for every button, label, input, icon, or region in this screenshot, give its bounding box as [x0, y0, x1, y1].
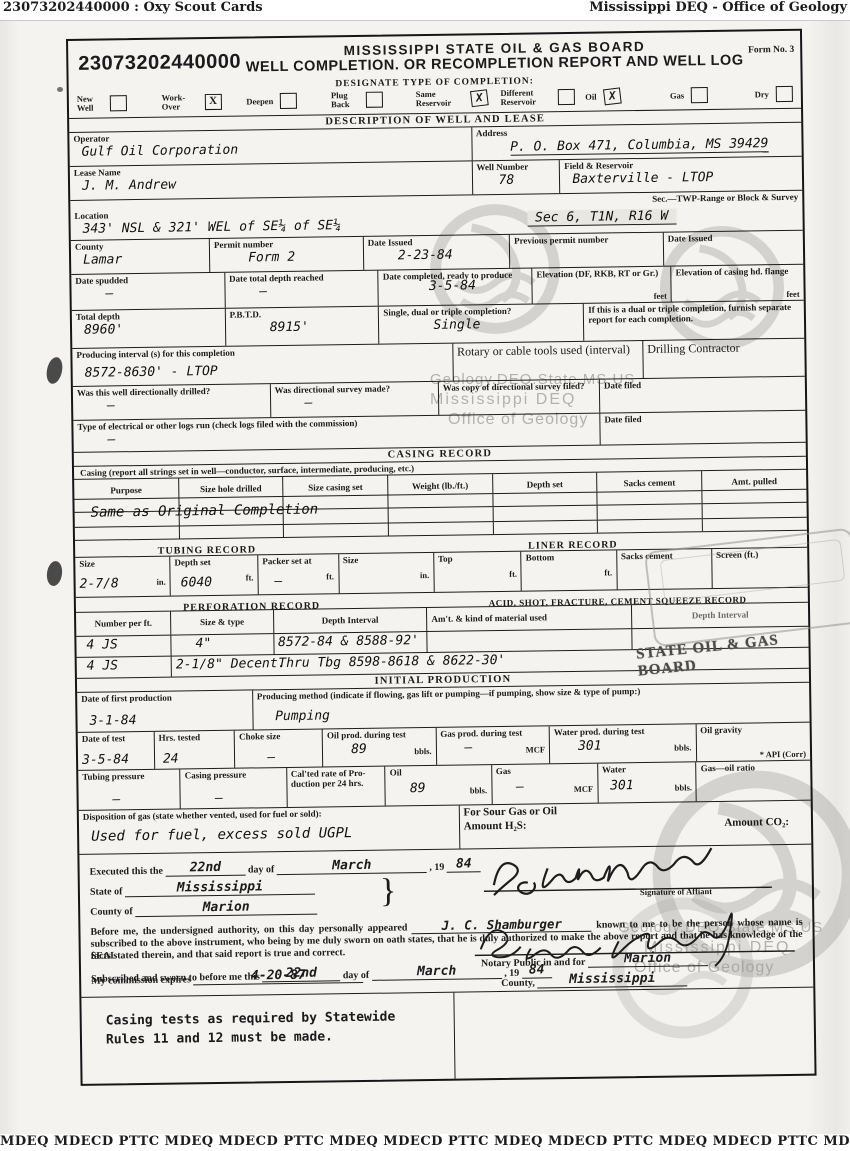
well-number-field: Well Number 78	[472, 160, 560, 194]
sec-twp-field: Sec.—TWP-Range or Block & Survey Sec 6, …	[495, 190, 803, 233]
scanned-page: Geology.DEQ.State.MS.US Mississippi DEQ …	[0, 20, 850, 1134]
rate-water-field: Water 301bbls.	[598, 762, 697, 802]
address-value: P. O. Box 471, Columbia, MS 39429	[510, 137, 768, 157]
gas-disposition-field: Disposition of gas (state whether vented…	[79, 805, 460, 853]
single-dual-field: Single, dual or triple completion? Singl…	[379, 303, 584, 343]
executed-year-value: 84	[447, 856, 481, 872]
directional-survey-filed-field: Was copy of directional survey filed?	[439, 379, 600, 414]
seal-label: SEAL	[91, 950, 117, 961]
completion-option-new-well: New Well	[77, 94, 158, 114]
total-depth-field: Total depth 8960'	[72, 308, 226, 347]
td-reached-value: –	[259, 283, 374, 300]
county-field: County Lamar	[71, 239, 211, 274]
viewer-footer: MDEQ MDECD PTTC MDEQ MDECD PTTC MDEQ MDE…	[0, 1134, 850, 1151]
bottom-note-line2: Rules 11 and 12 must be made.	[106, 1026, 455, 1050]
completion-option-dry: Dry	[755, 86, 793, 103]
viewer-header-right: Mississippi DEQ - Office of Geology	[589, 0, 847, 15]
date-issued-field: Date Issued 2-23-84	[364, 235, 511, 270]
previous-date-issued-field: Date Issued	[664, 230, 804, 265]
perforation-header-size: Size & type	[200, 616, 244, 627]
checkbox-same-reservoir: X	[470, 90, 489, 108]
scan-artifact	[45, 560, 63, 587]
casing-pressure-field: Casing pressure –	[181, 768, 288, 808]
date-completed-field: Date completed, ready to produce 3-5-84	[379, 268, 533, 305]
co2-label: Amount CO₂:	[724, 816, 789, 830]
producing-method-value: Pumping	[275, 702, 805, 724]
form-number: Form No. 3	[748, 45, 794, 56]
elevation-field: Elevation (DF, RKB, RT or Gr.) feet	[532, 266, 672, 303]
bottom-note-box: Casing tests as required by Statewide Ru…	[81, 992, 455, 1083]
commission-value: 4-20-87	[193, 967, 363, 985]
completion-option-oil: Oil X	[585, 88, 666, 105]
completion-option-gas: Gas	[670, 87, 751, 104]
sec-twp-value: Sec 6, T1N, R16 W	[527, 209, 676, 227]
pbtd-field: P.B.T.D. 8915'	[225, 306, 379, 345]
completion-option-plug-back: Plug Back	[331, 90, 412, 110]
gas-prod-test-field: Gas prod. during test –MCF	[436, 726, 550, 765]
pbtd-value: 8915'	[270, 319, 375, 335]
location-field: Location 343' NSL & 321' WEL of SE¼ of S…	[70, 195, 495, 240]
water-prod-test-field: Water prod. during test 301bbls.	[550, 724, 697, 763]
oil-prod-test-field: Oil prod. during test 89bbls.	[323, 728, 437, 767]
casing-header: Amt. pulled	[731, 476, 777, 487]
rate-gas-field: Gas –MCF	[492, 763, 599, 803]
casing-flange-elevation-field: Elevation of casing hd. flange feet	[671, 264, 803, 301]
completion-option-different-reservoir: Different Reservoir	[500, 88, 581, 108]
scan-artifact	[57, 87, 63, 92]
rotary-tools-field: Rotary or cable tools used (interval)	[453, 341, 644, 381]
liner-bottom-field: Bottom ft.	[522, 550, 618, 590]
logs-run-field: Type of electrical or other logs run (ch…	[73, 413, 600, 451]
checkbox-new-well	[110, 96, 127, 112]
directionally-drilled-value: –	[107, 397, 266, 414]
rate-oil-field: Oil 89bbls.	[386, 765, 493, 805]
date-filed-field: Date filed	[600, 376, 805, 412]
date-completed-value: 3-5-84	[429, 278, 528, 294]
casing-note-value: Same as Original Completion	[91, 501, 319, 520]
checkbox-gas	[691, 87, 708, 103]
casing-header: Sacks cement	[623, 477, 675, 488]
scan-artifact	[44, 356, 64, 386]
oil-gravity-field: Oil gravity * API (Corr)	[696, 722, 810, 761]
tubing-pressure-field: Tubing pressure –	[78, 769, 181, 809]
affidavit-block: Executed this the 22nd day of March , 19…	[79, 844, 813, 997]
brace-glyph: }	[380, 872, 397, 910]
casing-header: Size hole drilled	[200, 483, 262, 494]
hrs-tested-field: Hrs. tested 24	[155, 730, 236, 768]
total-depth-value: 8960'	[84, 321, 221, 338]
casing-header: Size casing set	[308, 482, 363, 493]
gas-disposition-value: Used for fuel, excess sold UGPL	[91, 824, 455, 845]
notary-state-value: Mississippi	[537, 970, 687, 988]
well-number-value: 78	[499, 172, 556, 188]
county-value: Lamar	[83, 251, 205, 268]
viewer-header: 23073202440000 : Oxy Scout Cards Mississ…	[0, 0, 850, 19]
tubing-depth-field: Depth set 6040 ft.	[170, 555, 258, 595]
county-of-value: Marion	[135, 898, 317, 917]
choke-size-field: Choke size –	[235, 729, 323, 767]
executed-day-value: 22nd	[165, 859, 245, 876]
field-reservoir-field: Field & Reservoir Baxterville - LTOP	[560, 156, 802, 192]
tubing-depth-value: 6040	[181, 575, 254, 591]
checkbox-plug-back	[366, 92, 383, 108]
executed-month-value: March	[277, 857, 427, 875]
liner-size-field: Size in.	[339, 553, 435, 593]
signature-of-affiant-label: Signature of Affiant	[640, 886, 712, 897]
bottom-empty-box	[455, 987, 815, 1078]
affiant-signature	[479, 841, 780, 901]
logs-date-filed-field: Date filed	[600, 410, 805, 444]
casing-header: Depth set	[527, 479, 563, 490]
directional-survey-made-field: Was directional survey made? –	[270, 382, 439, 417]
completion-option-same-reservoir: Same Reservoir X	[416, 89, 497, 109]
perforation-header-depth: Depth Interval	[322, 614, 379, 625]
field-reservoir-value: Baxterville - LTOP	[572, 169, 798, 187]
first-production-field: Date of first production 3-1-84	[77, 690, 253, 731]
state-value: Mississippi	[125, 878, 315, 897]
address-field: Address P. O. Box 471, Columbia, MS 3942…	[472, 122, 802, 160]
date-spudded-field: Date spudded –	[71, 272, 225, 309]
date-issued-value: 2-23-84	[398, 247, 506, 263]
producing-interval-field: Producing interval (s) for this completi…	[72, 343, 453, 385]
directional-survey-made-value: –	[305, 394, 435, 411]
completion-option-deepen: Deepen	[246, 93, 327, 110]
checkbox-different-reservoir	[557, 89, 574, 105]
permit-number-field: Permit number Form 2	[210, 237, 364, 272]
acid-amt-label: Am't. & kind of material used	[431, 612, 547, 624]
first-production-value: 3-1-84	[89, 712, 248, 729]
casing-header: Purpose	[110, 485, 142, 495]
casing-table: Purpose Size hole drilled Size casing se…	[74, 469, 807, 540]
producing-method-field: Producing method (indicate if flowing, g…	[253, 682, 810, 729]
perforation-header-number: Number per ft.	[94, 618, 152, 629]
tubing-size-value: 2-7/8	[80, 576, 166, 592]
casing-header: Weight (lb./ft.)	[412, 480, 468, 491]
gas-oil-ratio-field: Gas—oil ratio	[697, 760, 811, 801]
checkbox-deepen	[280, 93, 297, 109]
checkbox-oil: X	[603, 88, 622, 106]
notary-county-value: Marion	[588, 950, 708, 968]
calculated-rate-field: Cal'ted rate of Pro-duction per 24 hrs.	[287, 766, 386, 806]
document-number: 23073202440000	[78, 51, 241, 76]
well-completion-form: 23073202440000 MISSISSIPPI STATE OIL & G…	[66, 29, 817, 1086]
date-of-test-field: Date of test 3-5-84	[78, 732, 155, 770]
directionally-drilled-field: Was this well directionally drilled? –	[73, 384, 271, 420]
td-reached-field: Date total depth reached –	[225, 270, 379, 307]
commission-line: My commission expires 4-20-87	[91, 967, 364, 987]
dual-completion-note: If this is a dual or triple completion, …	[584, 300, 804, 340]
packer-set-field: Packer set at – ft.	[258, 554, 339, 594]
completion-option-work-over: Work- Over X	[162, 93, 243, 113]
lease-name-field: Lease Name J. M. Andrew	[70, 161, 473, 200]
single-dual-value: Single	[433, 316, 579, 333]
date-spudded-value: –	[105, 285, 220, 302]
viewer-header-left: 23073202440000 : Oxy Scout Cards	[3, 0, 263, 15]
previous-permit-field: Previous permit number	[510, 232, 664, 267]
producing-interval-value: 8572-8630' - LTOP	[85, 361, 449, 381]
tubing-size-field: Size 2-7/8 in.	[75, 556, 171, 596]
h2s-label: Amount H₂S:	[464, 819, 527, 833]
checkbox-work-over: X	[205, 94, 222, 110]
liner-top-field: Top ft.	[434, 551, 522, 591]
notary-public-line: Notary Public in and for Marion	[481, 950, 708, 969]
operator-field: Operator Gulf Oil Corporation	[69, 127, 472, 166]
notary-state-line: County, Mississippi	[501, 970, 687, 989]
permit-number-value: Form 2	[248, 249, 359, 266]
drilling-contractor-field: Drilling Contractor	[643, 338, 805, 377]
checkbox-dry	[776, 86, 793, 102]
